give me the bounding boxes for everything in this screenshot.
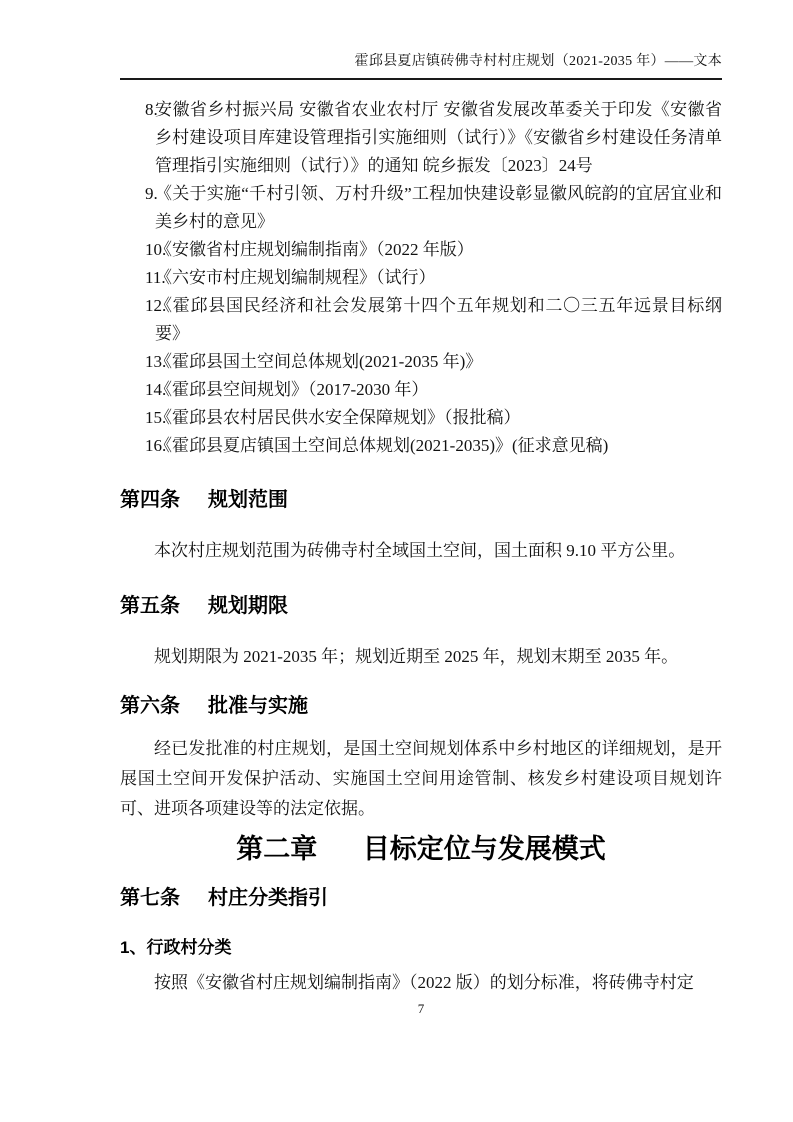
page-number: 7 — [418, 1001, 425, 1016]
list-item: 12. 《霍邱县国民经济和社会发展第十四个五年规划和二〇三五年远景目标纲要》 — [120, 292, 722, 348]
section-title: 规划期限 — [208, 592, 288, 620]
subsection-heading: 1、行政村分类 — [120, 936, 722, 960]
list-item-number: 13. — [120, 348, 155, 376]
list-item-number: 16. — [120, 432, 155, 460]
section-body-paragraph: 本次村庄规划范围为砖佛寺村全域国土空间，国土面积 9.10 平方公里。 — [120, 536, 722, 566]
list-item-text: 《霍邱县夏店镇国土空间总体规划(2021-2035)》(征求意见稿) — [155, 432, 722, 460]
list-item-text: 《关于实施“千村引领、万村升级”工程加快建设彰显徽风皖韵的宜居宜业和美乡村的意见… — [155, 180, 722, 236]
list-item: 9. 《关于实施“千村引领、万村升级”工程加快建设彰显徽风皖韵的宜居宜业和美乡村… — [120, 180, 722, 236]
list-item-text: 《霍邱县空间规划》（2017-2030 年） — [155, 376, 722, 404]
section-body-paragraph: 经已发批准的村庄规划，是国土空间规划体系中乡村地区的详细规划，是开展国土空间开发… — [120, 734, 722, 824]
list-item-text: 《安徽省村庄规划编制指南》（2022 年版） — [155, 236, 722, 264]
list-item: 13. 《霍邱县国土空间总体规划(2021-2035 年)》 — [120, 348, 722, 376]
section-body-paragraph: 规划期限为 2021-2035 年；规划近期至 2025 年，规划末期至 203… — [120, 642, 722, 672]
list-item-number: 9. — [120, 180, 155, 236]
section-number: 第六条 — [120, 692, 180, 720]
section-number: 第五条 — [120, 592, 180, 620]
section-heading-7: 第七条 村庄分类指引 — [120, 884, 722, 912]
list-item-number: 11. — [120, 264, 155, 292]
document-page: 霍邱县夏店镇砖佛寺村村庄规划（2021-2035 年）——文本 8. 安徽省乡村… — [0, 0, 793, 1122]
list-item-number: 15. — [120, 404, 155, 432]
page-header: 霍邱县夏店镇砖佛寺村村庄规划（2021-2035 年）——文本 — [120, 52, 722, 80]
list-item-number: 8. — [120, 96, 155, 180]
list-item-number: 14. — [120, 376, 155, 404]
list-item-text: 《霍邱县国民经济和社会发展第十四个五年规划和二〇三五年远景目标纲要》 — [155, 292, 722, 348]
page-content: 霍邱县夏店镇砖佛寺村村庄规划（2021-2035 年）——文本 8. 安徽省乡村… — [0, 52, 793, 1018]
section-heading-6: 第六条 批准与实施 — [120, 692, 722, 720]
list-item-text: 安徽省乡村振兴局 安徽省农业农村厅 安徽省发展改革委关于印发《安徽省乡村建设项目… — [155, 96, 722, 180]
list-item: 14. 《霍邱县空间规划》（2017-2030 年） — [120, 376, 722, 404]
list-item: 11. 《六安市村庄规划编制规程》（试行） — [120, 264, 722, 292]
list-item-text: 《霍邱县国土空间总体规划(2021-2035 年)》 — [155, 348, 722, 376]
section-number: 第七条 — [120, 884, 180, 912]
section-title: 村庄分类指引 — [208, 884, 328, 912]
list-item: 15. 《霍邱县农村居民供水安全保障规划》（报批稿） — [120, 404, 722, 432]
chapter-heading: 第二章 目标定位与发展模式 — [120, 830, 722, 868]
list-item-number: 12. — [120, 292, 155, 348]
chapter-number: 第二章 — [236, 834, 317, 864]
reference-list: 8. 安徽省乡村振兴局 安徽省农业农村厅 安徽省发展改革委关于印发《安徽省乡村建… — [120, 96, 722, 460]
list-item-number: 10. — [120, 236, 155, 264]
section-heading-4: 第四条 规划范围 — [120, 486, 722, 514]
chapter-title: 目标定位与发展模式 — [363, 834, 606, 864]
list-item-text: 《霍邱县农村居民供水安全保障规划》（报批稿） — [155, 404, 722, 432]
list-item-text: 《六安市村庄规划编制规程》（试行） — [155, 264, 722, 292]
section-title: 规划范围 — [208, 486, 288, 514]
section-body-paragraph: 按照《安徽省村庄规划编制指南》（2022 版）的划分标准，将砖佛寺村定 — [120, 968, 722, 998]
header-title: 霍邱县夏店镇砖佛寺村村庄规划（2021-2035 年）——文本 — [355, 54, 722, 69]
list-item: 10. 《安徽省村庄规划编制指南》（2022 年版） — [120, 236, 722, 264]
section-heading-5: 第五条 规划期限 — [120, 592, 722, 620]
list-item: 16. 《霍邱县夏店镇国土空间总体规划(2021-2035)》(征求意见稿) — [120, 432, 722, 460]
page-footer: 7 — [120, 1000, 722, 1018]
list-item: 8. 安徽省乡村振兴局 安徽省农业农村厅 安徽省发展改革委关于印发《安徽省乡村建… — [120, 96, 722, 180]
section-title: 批准与实施 — [208, 692, 308, 720]
section-number: 第四条 — [120, 486, 180, 514]
